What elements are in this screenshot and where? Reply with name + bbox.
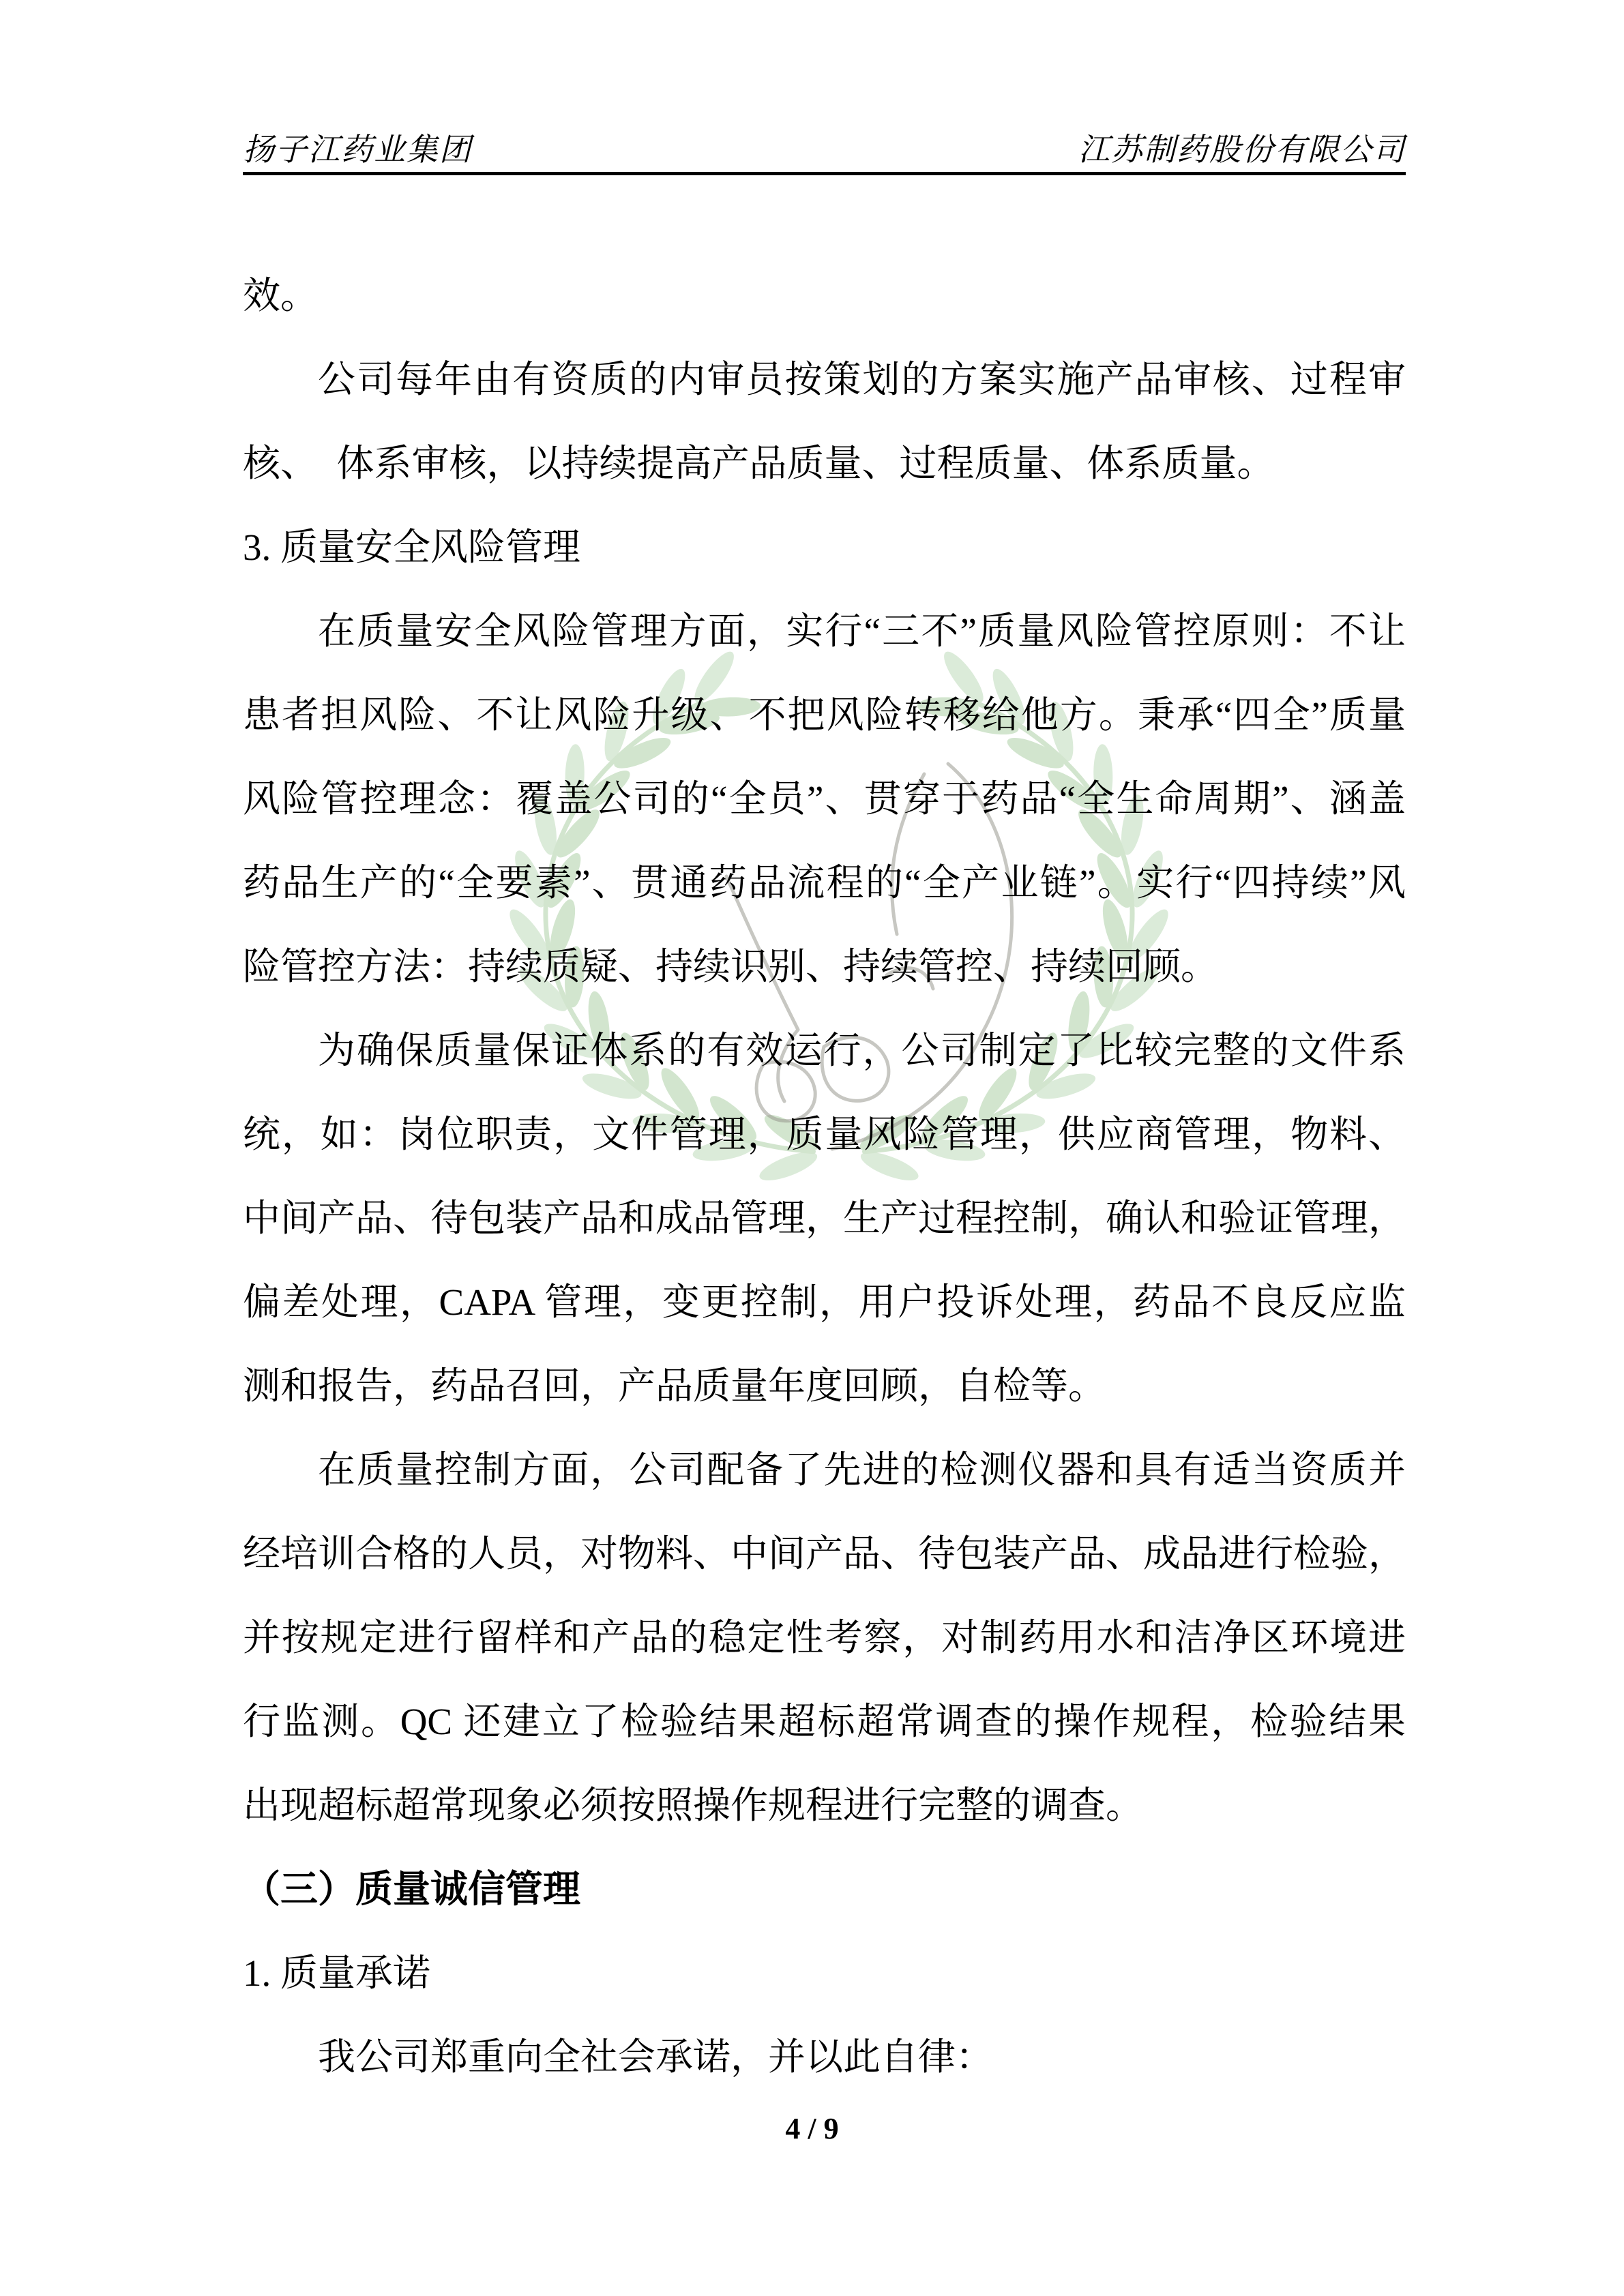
page-number: 4 / 9 xyxy=(0,2111,1624,2146)
body-line: 经培训合格的人员，对物料、中间产品、待包装产品、成品进行检验， xyxy=(243,1512,1406,1596)
heading-quality-commitment: 1. 质量承诺 xyxy=(243,1931,1406,2015)
body-line: 出现超标超常现象必须按照操作规程进行完整的调查。 xyxy=(243,1763,1406,1847)
body-line: 患者担风险、不让风险升级、不把风险转移给他方。秉承“四全”质量 xyxy=(243,673,1406,757)
body-line: 在质量安全风险管理方面，实行“三不”质量风险管控原则：不让 xyxy=(243,589,1406,673)
body-line: 为确保质量保证体系的有效运行，公司制定了比较完整的文件系 xyxy=(243,1009,1406,1092)
heading-quality-integrity: （三）质量诚信管理 xyxy=(243,1847,1406,1931)
body-line: 我公司郑重向全社会承诺，并以此自律： xyxy=(243,2015,1406,2099)
header-company-left: 扬子江药业集团 xyxy=(243,125,472,170)
document-body: 效。 公司每年由有资质的内审员按策划的方案实施产品审核、过程审 核、 体系审核，… xyxy=(243,254,1406,2099)
body-line: 测和报告，药品召回，产品质量年度回顾，自检等。 xyxy=(243,1344,1406,1428)
body-line: 险管控方法：持续质疑、持续识别、持续管控、持续回顾。 xyxy=(243,925,1406,1009)
body-line: 并按规定进行留样和产品的稳定性考察，对制药用水和洁净区环境进 xyxy=(243,1596,1406,1680)
body-line: 偏差处理，CAPA 管理，变更控制，用户投诉处理，药品不良反应监 xyxy=(243,1260,1406,1344)
body-line: 风险管控理念：覆盖公司的“全员”、贯穿于药品“全生命周期”、涵盖 xyxy=(243,757,1406,841)
body-line: 公司每年由有资质的内审员按策划的方案实施产品审核、过程审 xyxy=(243,338,1406,421)
body-line: 在质量控制方面，公司配备了先进的检测仪器和具有适当资质并 xyxy=(243,1428,1406,1512)
body-line: 行监测。QC 还建立了检验结果超标超常调查的操作规程，检验结果 xyxy=(243,1680,1406,1763)
body-line: 统，如：岗位职责，文件管理，质量风险管理，供应商管理，物料、 xyxy=(243,1092,1406,1176)
body-line: 核、 体系审核，以持续提高产品质量、过程质量、体系质量。 xyxy=(243,421,1406,505)
header-rule xyxy=(243,172,1406,175)
heading-quality-safety-risk: 3. 质量安全风险管理 xyxy=(243,505,1406,589)
page-header: 扬子江药业集团 江苏制药股份有限公司 xyxy=(243,125,1406,170)
body-line: 中间产品、待包装产品和成品管理，生产过程控制，确认和验证管理， xyxy=(243,1176,1406,1260)
document-page: 扬子江药业集团 江苏制药股份有限公司 xyxy=(0,0,1624,2296)
body-line: 药品生产的“全要素”、贯通药品流程的“全产业链”。实行“四持续”风 xyxy=(243,841,1406,925)
body-line: 效。 xyxy=(243,254,1406,338)
header-company-right: 江苏制药股份有限公司 xyxy=(1078,125,1406,170)
